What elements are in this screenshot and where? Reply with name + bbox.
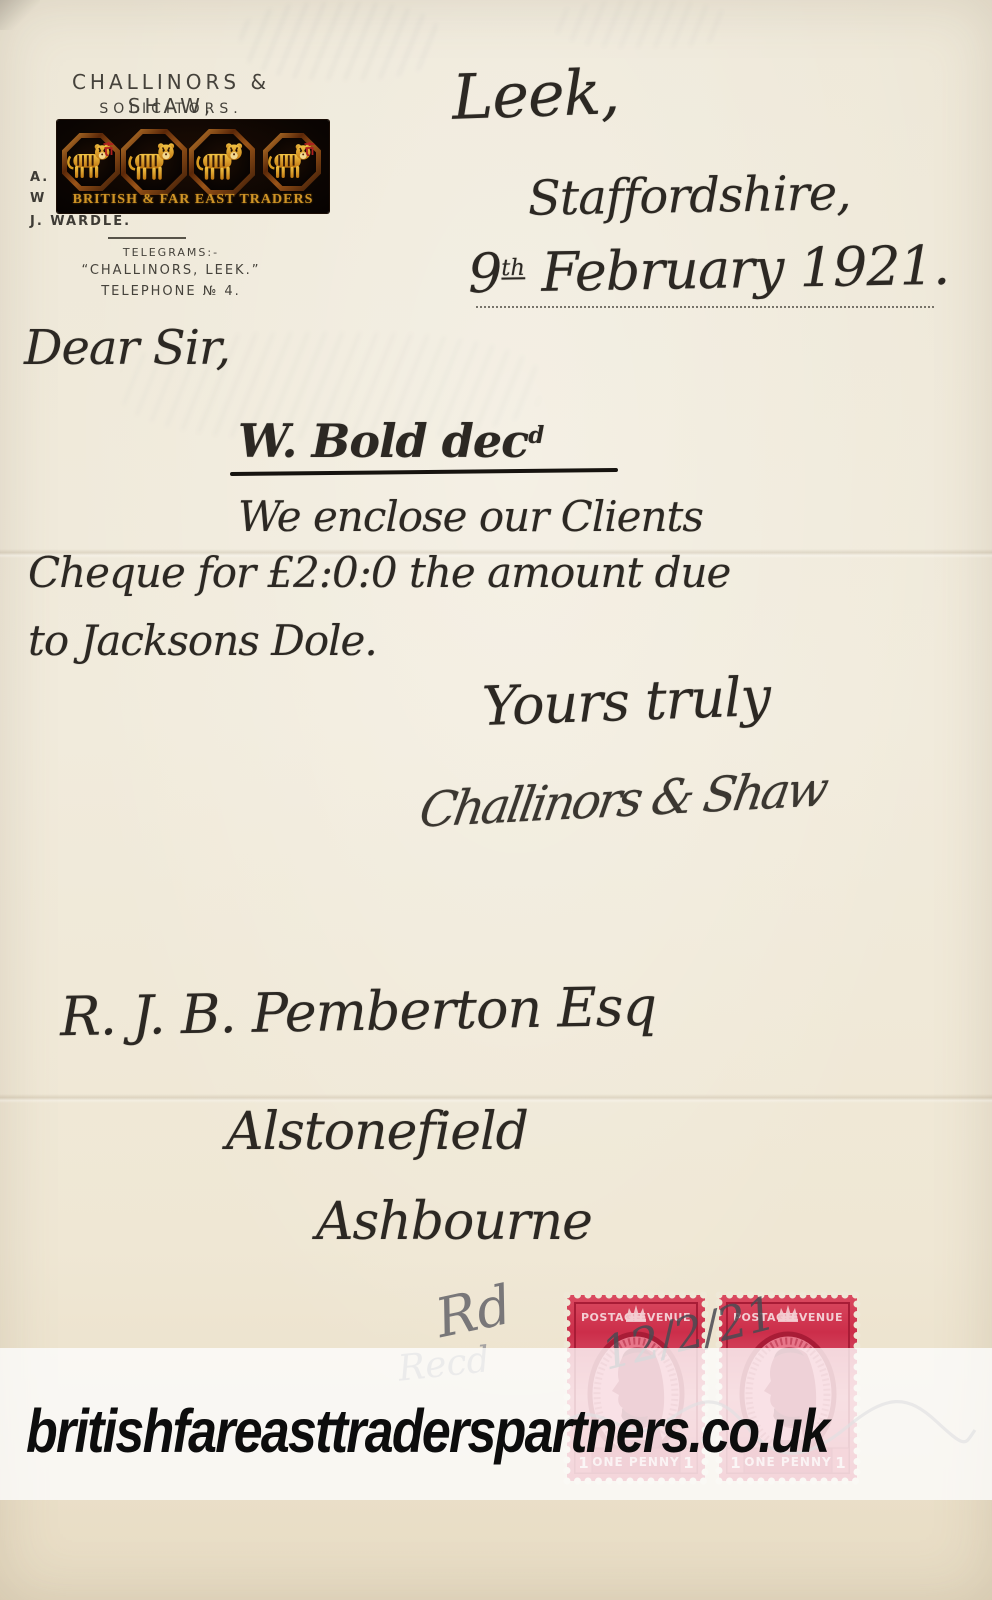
letterhead-telephone: TELEPHONE № 4. (30, 284, 312, 299)
ink-bleedthrough-top (240, 2, 440, 80)
closing: Yours truly (481, 665, 771, 738)
tiger-icon (128, 141, 180, 184)
letterhead-partner-3: J. WARDLE. (30, 214, 131, 229)
received-scrawl: Rd (430, 1273, 517, 1350)
date-line: 9th February 1921. (467, 234, 949, 305)
logo-octagon-3 (189, 129, 255, 195)
british-far-east-traders-logo: BRITISH & FAR EAST TRADERS (57, 120, 329, 213)
logo-octagon-2 (121, 129, 187, 195)
body-line-3: to Jacksons Dole. (28, 616, 377, 665)
letterhead-partner-1: A. (30, 170, 49, 185)
recipient-name: R. J. B. Pemberton Esq (59, 975, 656, 1048)
logo-banner-text: BRITISH & FAR EAST TRADERS (57, 192, 329, 208)
letterhead-telegrams-label: TELEGRAMS:- (30, 246, 312, 259)
recipient-address-1: Alstonefield (226, 1102, 528, 1162)
letterhead-divider (108, 237, 186, 239)
logo-octagon-1 (62, 133, 120, 191)
watermark-url: britishfareasttraderspartners.co.uk (26, 1396, 828, 1466)
letterhead-telegrams-name: “CHALLINORS, LEEK.” (30, 263, 312, 278)
logo-octagon-4 (263, 133, 321, 191)
subject-underline (230, 468, 618, 476)
subject-line: W. Bold decd (238, 414, 544, 468)
scan-corner-shading (0, 0, 40, 30)
salutation: Dear Sir, (24, 320, 230, 376)
place-line-2: Staffordshire, (528, 165, 851, 227)
recipient-address-2: Ashbourne (316, 1192, 592, 1252)
printed-date-rule (476, 306, 934, 308)
body-line-2: Cheque for £2:0:0 the amount due (28, 548, 730, 597)
subject-superscript: d (528, 422, 544, 449)
tiger-icon (196, 141, 248, 184)
body-line-1: We enclose our Clients (238, 492, 703, 541)
letter-scan-page: POSTAGE REVENUE ONE PENNY 1 1 CHALL (0, 0, 992, 1600)
signature: Challinors & Shaw (416, 761, 830, 839)
letterhead-firm-title: SOLICITORS. (30, 101, 312, 117)
ink-bleedthrough-top-right (555, 0, 730, 48)
date-ordinal: th (501, 255, 525, 281)
letterhead-partner-2: W (30, 191, 46, 206)
place-line-1: Leek, (451, 55, 620, 134)
tiger-seal-character-icon (102, 141, 115, 156)
tiger-seal-character-icon (303, 141, 316, 156)
